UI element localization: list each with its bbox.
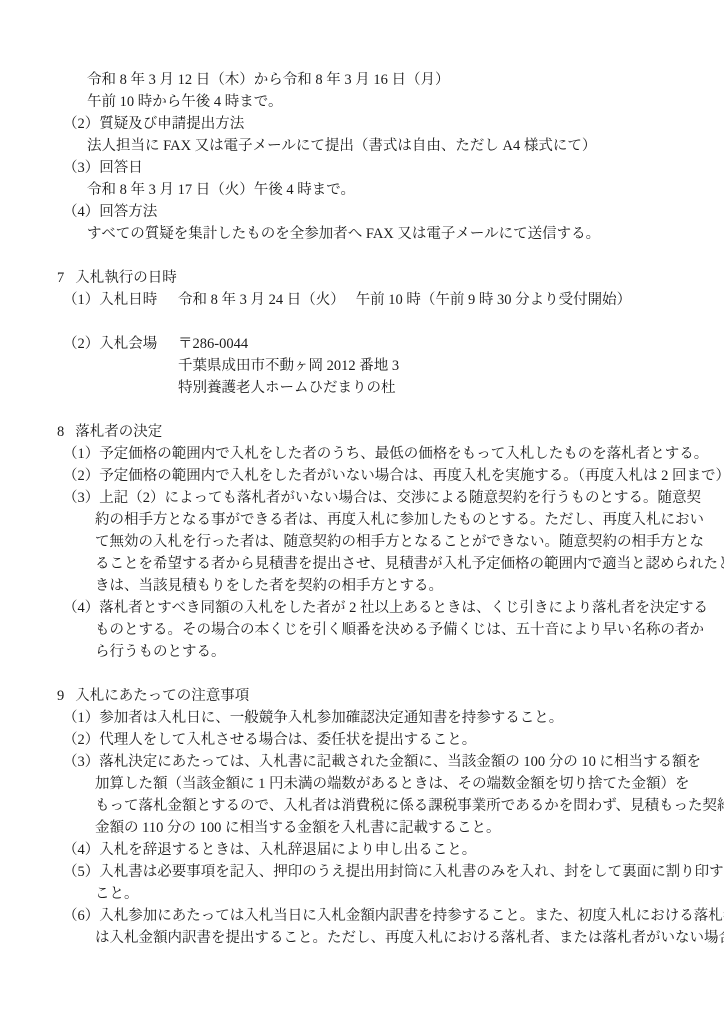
section-heading: 9入札にあたっての注意事項 xyxy=(0,685,724,707)
text-line: 法人担当に FAX 又は電子メールにて提出（書式は自由、ただし A4 様式にて） xyxy=(0,135,724,157)
list-item-line: （3）回答日 xyxy=(0,157,724,179)
section-number: 9 xyxy=(57,688,64,704)
blank-line xyxy=(0,663,724,685)
list-item-line: （2）入札会場〒286-0044 xyxy=(0,333,724,355)
text-line: 令和 8 年 3 月 12 日（木）から令和 8 年 3 月 16 日（月） xyxy=(0,69,724,91)
list-item-line: （4）回答方法 xyxy=(0,201,724,223)
section-title: 落札者の決定 xyxy=(75,424,162,440)
text-line: 令和 8 年 3 月 17 日（火）午後 4 時まで。 xyxy=(0,179,724,201)
list-item-line: （2）予定価格の範囲内で入札をした者がいない場合は、再度入札を実施する。（再度入… xyxy=(0,465,724,487)
text-line: 約の相手方となる事ができる者は、再度入札に参加したものとする。ただし、再度入札に… xyxy=(0,509,724,531)
list-item-line: （3）上記（2）によっても落札者がいない場合は、交渉による随意契約を行うものとす… xyxy=(0,487,724,509)
text-line: すべての質疑を集計したものを全参加者へ FAX 又は電子メールにて送信する。 xyxy=(0,223,724,245)
document-content: 令和 8 年 3 月 12 日（木）から令和 8 年 3 月 16 日（月）午前… xyxy=(0,69,724,949)
text-line: もって落札金額とするので、入札者は消費税に係る課税事業所であるかを問わず、見積も… xyxy=(0,795,724,817)
blank-line xyxy=(0,245,724,267)
list-item-line: （2）代理人をして入札させる場合は、委任状を提出すること。 xyxy=(0,729,724,751)
section-heading: 7入札執行の日時 xyxy=(0,267,724,289)
text-line: こと。 xyxy=(0,883,724,905)
list-item-line: （2）質疑及び申請提出方法 xyxy=(0,113,724,135)
list-item-line: （5）入札書は必要事項を記入、押印のうえ提出用封筒に入札書のみを入れ、封をして裏… xyxy=(0,861,724,883)
text-line: 加算した額（当該金額に 1 円未満の端数があるときは、その端数金額を切り捨てた金… xyxy=(0,773,724,795)
text-line: 特別養護老人ホームひだまりの杜 xyxy=(0,377,724,399)
text-line: ら行うものとする。 xyxy=(0,641,724,663)
blank-line xyxy=(0,399,724,421)
section-number: 8 xyxy=(57,424,64,440)
list-item-line: （4）落札者とすべき同額の入札をした者が 2 社以上あるときは、くじ引きにより落… xyxy=(0,597,724,619)
list-item-line: （1）入札日時令和 8 年 3 月 24 日（火） 午前 10 時（午前 9 時… xyxy=(0,289,724,311)
list-item-line: （4）入札を辞退するときは、入札辞退届により申し出ること。 xyxy=(0,839,724,861)
section-title: 入札執行の日時 xyxy=(75,270,177,286)
text-line: て無効の入札を行った者は、随意契約の相手方となることができない。随意契約の相手方… xyxy=(0,531,724,553)
section-number: 7 xyxy=(57,270,64,286)
text-line: きは、当該見積もりをした者を契約の相手方とする。 xyxy=(0,575,724,597)
text-line: ものとする。その場合の本くじを引く順番を決める予備くじは、五十音により早い名称の… xyxy=(0,619,724,641)
blank-line xyxy=(0,311,724,333)
item-label: （1）入札日時 xyxy=(63,292,157,308)
item-label: （2）入札会場 xyxy=(63,336,157,352)
list-item-line: （1）予定価格の範囲内で入札をした者のうち、最低の価格をもって入札したものを落札… xyxy=(0,443,724,465)
text-line: は入札金額内訳書を提出すること。ただし、再度入札における落札者、または落札者がい… xyxy=(0,927,724,949)
list-item-line: （1）参加者は入札日に、一般競争入札参加確認決定通知書を持参すること。 xyxy=(0,707,724,729)
text-line: 千葉県成田市不動ヶ岡 2012 番地 3 xyxy=(0,355,724,377)
section-heading: 8落札者の決定 xyxy=(0,421,724,443)
item-value: 令和 8 年 3 月 24 日（火） 午前 10 時（午前 9 時 30 分より… xyxy=(178,289,631,311)
item-value: 〒286-0044 xyxy=(178,333,248,355)
list-item-line: （3）落札決定にあたっては、入札書に記載された金額に、当該金額の 100 分の … xyxy=(0,751,724,773)
text-line: 金額の 110 分の 100 に相当する金額を入札書に記載すること。 xyxy=(0,817,724,839)
list-item-line: （6）入札参加にあたっては入札当日に入札金額内訳書を持参すること。また、初度入札… xyxy=(0,905,724,927)
text-line: 午前 10 時から午後 4 時まで。 xyxy=(0,91,724,113)
document-page: 令和 8 年 3 月 12 日（木）から令和 8 年 3 月 16 日（月）午前… xyxy=(0,0,724,1024)
section-title: 入札にあたっての注意事項 xyxy=(75,688,249,704)
text-line: ることを希望する者から見積書を提出させ、見積書が入札予定価格の範囲内で適当と認め… xyxy=(0,553,724,575)
